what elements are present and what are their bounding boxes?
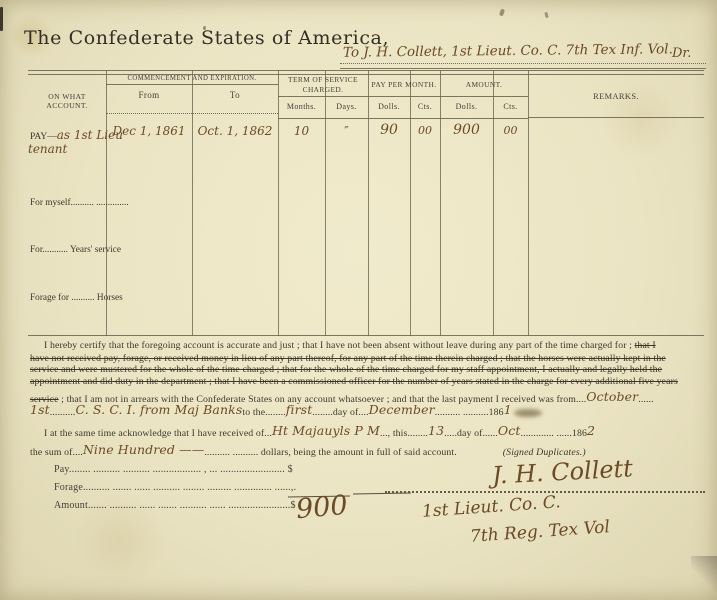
certify-struck-text: that I xyxy=(635,340,656,351)
term-underline xyxy=(278,96,368,97)
row-amount-dolls-value: 900 xyxy=(440,122,493,138)
document-title: The Confederate States of America, xyxy=(24,27,389,49)
label-for-myself: For myself.......... .............. xyxy=(30,198,140,208)
certify-text: I hereby certify that the foregoing acco… xyxy=(44,340,635,351)
subheader-underline xyxy=(278,118,528,119)
certify-text: .......... ..........186 xyxy=(435,407,504,418)
dr-abbreviation: Dr. xyxy=(672,46,691,61)
header-amount-dolls: Dolls. xyxy=(440,102,493,111)
certify-text: .......... .......... dollars, being the… xyxy=(204,447,456,458)
day-number-handwritten: 13 xyxy=(428,423,444,438)
payment-source-handwritten: C. S. C. I. from Maj Banks xyxy=(75,402,242,417)
certify-line-2-struck: have not received pay, forage, or receiv… xyxy=(30,353,666,364)
certify-text: ........day of.... xyxy=(312,407,368,418)
row-pay-cts-value: 00 xyxy=(410,124,440,137)
ink-smudge xyxy=(514,409,542,417)
month-handwritten: Oct xyxy=(498,423,521,438)
last-payment-month-handwritten: October xyxy=(586,389,638,404)
signed-duplicates-note: (Signed Duplicates.) xyxy=(503,447,586,458)
header-months: Months. xyxy=(278,102,325,111)
certify-text: I at the same time acknowledge that I ha… xyxy=(44,428,272,439)
row-months-value: 10 xyxy=(278,124,325,138)
column-divider xyxy=(528,70,529,336)
row-to-date: Oct. 1, 1862 xyxy=(192,124,278,138)
table-top-rule-1 xyxy=(28,70,704,71)
pay-total-label: Pay........ .......... .......... ......… xyxy=(54,464,293,475)
header-days: Days. xyxy=(325,102,368,111)
certify-line-3-struck: service and were mustered for the whole … xyxy=(30,364,662,375)
certify-text: ..., this........ xyxy=(380,428,428,439)
day-word-handwritten: first xyxy=(286,402,313,417)
row-from-date: Dec 1, 1861 xyxy=(106,124,192,138)
certify-text: .....day of...... xyxy=(444,428,498,439)
amount-underline xyxy=(440,96,528,97)
account-pay-printed: PAY— xyxy=(30,132,57,142)
paymaster-name-handwritten: Ht Majauyls P M xyxy=(272,423,380,438)
account-hand-line2: tenant xyxy=(28,142,88,156)
account-table: ON WHAT ACCOUNT. COMMENCEMENT AND EXPIRA… xyxy=(28,70,704,336)
header-to: To xyxy=(192,90,278,100)
certify-text: to the........ xyxy=(242,407,285,418)
table-bottom-rule xyxy=(28,335,704,336)
row-pay-dolls-value: 90 xyxy=(368,122,410,138)
amount-total-label: Amount....... .......... ...... ....... … xyxy=(54,500,296,511)
sum-line: the sum of....Nine Hundred ——.......... … xyxy=(30,443,586,458)
amount-total-handwritten: 900 xyxy=(295,490,349,525)
header-remarks: REMARKS. xyxy=(528,92,704,101)
row-amount-cts-value: 00 xyxy=(493,124,528,137)
header-on-what-account: ON WHAT ACCOUNT. xyxy=(28,92,106,110)
payee-underline-solid xyxy=(340,68,706,69)
label-forage-horses: Forage for .......... Horses xyxy=(30,293,140,303)
header-from: From xyxy=(106,90,192,100)
header-amount: AMOUNT. xyxy=(440,80,528,89)
header-pay-cts: Cts. xyxy=(410,102,440,111)
month-handwritten: December xyxy=(369,402,435,417)
certify-line-6: 1st..........C. S. C. I. from Maj Bankst… xyxy=(30,403,542,418)
header-term-of-service-2: CHARGED. xyxy=(278,85,368,94)
forage-total-label: Forage.......... ....... ...... ........… xyxy=(54,482,296,493)
header-term-of-service-1: TERM OF SERVICE xyxy=(278,75,368,84)
year-digit-handwritten: 2 xyxy=(587,423,595,438)
column-divider xyxy=(192,70,193,336)
acknowledge-line: I at the same time acknowledge that I ha… xyxy=(30,424,595,439)
row-days-ditto: ″ xyxy=(325,124,368,138)
dotted-leader: .......... xyxy=(50,407,76,418)
pay-voucher-document: The Confederate States of America, To J.… xyxy=(0,0,717,600)
payment-source-handwritten: 1st xyxy=(30,402,50,417)
certify-line-4-struck: appointment and did duty in the departme… xyxy=(30,376,678,387)
header-pay-dolls: Dolls. xyxy=(368,102,410,111)
header-pay-per-month: PAY PER MONTH. xyxy=(368,80,440,89)
scan-edge-artifact xyxy=(0,7,3,31)
certify-line-1: I hereby certify that the foregoing acco… xyxy=(30,340,656,351)
label-years-service: For........... Years' service xyxy=(30,245,140,255)
sum-words-handwritten: Nine Hundred —— xyxy=(83,442,205,457)
certify-text: ............. ......186 xyxy=(521,428,587,439)
remarks-underline xyxy=(528,117,704,118)
certify-text: the sum of.... xyxy=(30,447,83,458)
header-amount-cts: Cts. xyxy=(493,102,528,111)
dotted-leader: ...... xyxy=(638,394,653,405)
header-commencement-expiration: COMMENCEMENT AND EXPIRATION. xyxy=(106,75,278,82)
year-digit-handwritten: 1 xyxy=(504,402,512,417)
pay-underline xyxy=(368,96,440,97)
corner-shadow xyxy=(691,556,717,600)
payee-underline-dotted xyxy=(340,63,706,64)
